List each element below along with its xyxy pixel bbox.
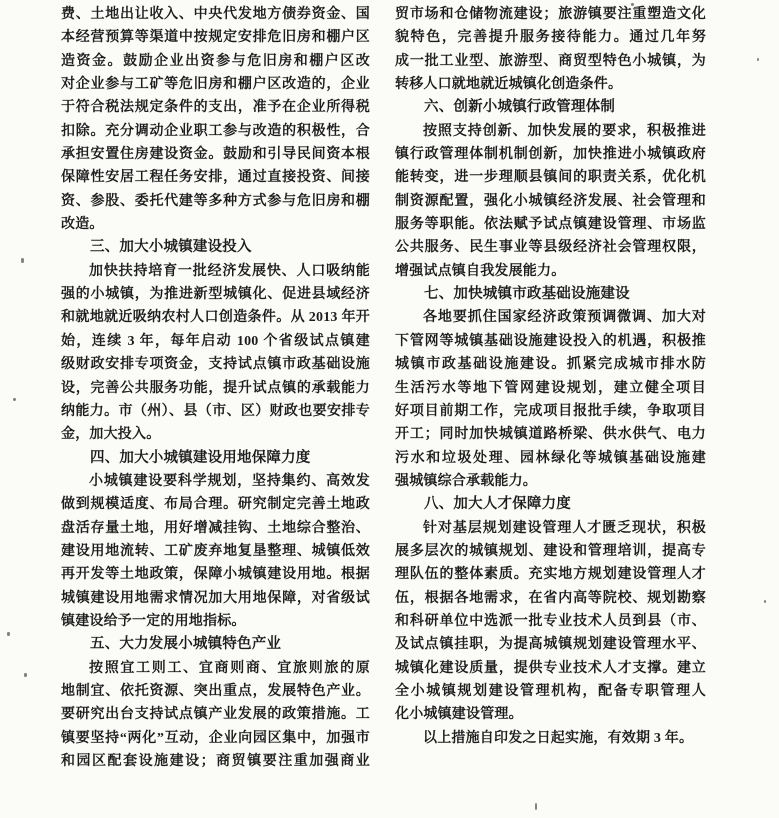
text-line: 要研究出台支持试点镇产业发展的政策措施。工业 — [61, 703, 370, 726]
text-line: 和科研单位中选派一批专业技术人员到县（市、区） — [395, 610, 706, 633]
section-heading: 五、大力发展小城镇特色产业 — [61, 633, 370, 656]
scan-artifact — [13, 398, 16, 401]
scan-artifact — [24, 673, 27, 677]
text-line: 镇行政管理体制机制创新，加快推进小城镇政府职 — [395, 143, 706, 166]
text-line: 镇建设给予一定的用地指标。 — [61, 610, 370, 633]
text-line: 镇要坚持“两化”互动，企业向园区集中，加强市政 — [61, 727, 370, 750]
text-line: 污水和垃圾处理、园林绿化等城镇基础设施建设，增 — [395, 447, 706, 470]
text-line: 资、参股、委托代建等多种方式参与危旧房和棚户区 — [61, 190, 370, 213]
text-line: 下管网等城镇基础设施建设投入的机遇，积极推进 — [395, 330, 706, 353]
text-line: 及试点镇挂职，为提高城镇规划建设管理水平、保证 — [395, 633, 706, 656]
text-line: 地制宜、依托资源、突出重点，发展特色产业。各地 — [61, 680, 370, 703]
text-line: 做到规模适度、布局合理。研究制定完善土地政策， — [61, 493, 370, 516]
text-line: 强的小城镇，为推进新型城镇化、促进县域经济发展 — [61, 283, 370, 306]
text-line: 成一批工业型、旅游型、商贸型特色小城镇，为农业 — [395, 50, 706, 73]
section-heading: 七、加快城镇市政基础设施建设 — [395, 283, 706, 306]
text-line: 增强试点镇自我发展能力。 — [395, 260, 706, 283]
text-line: 和就地就近吸纳农村人口创造条件。从 2013 年开 — [61, 306, 370, 329]
text-line: 伍，根据各地需求，在省内高等院校、规划勘察设计 — [395, 587, 706, 610]
text-line: 贸市场和仓储物流建设；旅游镇要注重塑造文化风 — [395, 3, 706, 26]
text-line: 生活污水等地下管网建设规划，建立健全项目库，搞 — [395, 377, 706, 400]
text-line: 造资金。鼓励企业出资参与危旧房和棚户区改造， — [61, 50, 370, 73]
text-line: 按照宜工则工、宜商则商、宜旅则旅的原则，因 — [61, 657, 370, 680]
text-line: 级财政安排专项资金，支持试点镇市政基础设施建 — [61, 353, 370, 376]
scan-artifact — [535, 803, 537, 810]
text-line: 金，加大投入。 — [61, 423, 370, 446]
text-line: 于符合税法规定条件的支出，准予在企业所得税前 — [61, 96, 370, 119]
scanned-document-page: 费、土地出让收入、中央代发地方债券资金、国有资本经营预算等渠道中按规定安排危旧房… — [0, 0, 779, 818]
text-line: 纳能力。市（州）、县（市、区）财政也要安排专项资 — [61, 400, 370, 423]
section-heading: 六、创新小城镇行政管理体制 — [395, 96, 706, 119]
scan-artifact — [757, 58, 759, 61]
text-line: 城镇化建设质量，提供专业技术人才支撑。建立健 — [395, 657, 706, 680]
text-line: 开工；同时加快城镇道路桥梁、供水供气、电力电讯、 — [395, 423, 706, 446]
text-line: 公共服务、民生事业等县级经济社会管理权限，不断 — [395, 236, 706, 259]
section-heading: 三、加大小城镇建设投入 — [61, 236, 370, 259]
text-line: 转移人口就地就近城镇化创造条件。 — [395, 73, 706, 96]
section-heading: 八、加大人才保障力度 — [395, 493, 706, 516]
text-line: 各地要抓住国家经济政策预调微调、加大对地 — [395, 306, 706, 329]
text-line: 承担安置住房建设资金。鼓励和引导民间资本根据 — [61, 143, 370, 166]
text-line: 费、土地出让收入、中央代发地方债券资金、国有资 — [61, 3, 370, 26]
text-line: 制资源配置，强化小城镇经济发展、社会管理和公共 — [395, 190, 706, 213]
left-text-column: 费、土地出让收入、中央代发地方债券资金、国有资本经营预算等渠道中按规定安排危旧房… — [61, 3, 370, 773]
scan-artifact — [764, 600, 766, 603]
text-line: 好项目前期工作，完成项目报批手续，争取项目早日 — [395, 400, 706, 423]
text-line: 始，连续 3 年，每年启动 100 个省级试点镇建设。省 — [61, 330, 370, 353]
text-line: 扣除。充分调动企业职工参与改造的积极性，合理 — [61, 120, 370, 143]
scan-artifact — [7, 632, 10, 636]
text-line: 建设用地流转、工矿废弃地复垦整理、城镇低效用地 — [61, 540, 370, 563]
text-line: 貌特色，完善提升服务接待能力。通过几年努力，形 — [395, 26, 706, 49]
text-line: 小城镇建设要科学规划，坚持集约、高效发展， — [61, 470, 370, 493]
text-line: 盘活存量土地，用好增减挂钩、土地综合整治、集体 — [61, 517, 370, 540]
text-line: 化小城镇建设管理。 — [395, 703, 706, 726]
text-line: 按照支持创新、加快发展的要求，积极推进小城 — [395, 120, 706, 143]
section-heading: 四、加大小城镇建设用地保障力度 — [61, 447, 370, 470]
text-line: 城镇市政基础设施建设。抓紧完成城市排水防涝、 — [395, 353, 706, 376]
text-line: 保障性安居工程任务安排，通过直接投资、间接投 — [61, 166, 370, 189]
text-line: 本经营预算等渠道中按规定安排危旧房和棚户区改 — [61, 26, 370, 49]
scan-artifact — [21, 258, 24, 263]
text-line: 加快扶持培育一批经济发展快、人口吸纳能力 — [61, 260, 370, 283]
text-line: 再开发等土地政策，保障小城镇建设用地。根据小 — [61, 563, 370, 586]
text-line: 和园区配套设施建设；商贸镇要注重加强商业街、集 — [61, 750, 370, 773]
text-line: 展多层次的城镇规划、建设和管理培训，提高专业管 — [395, 540, 706, 563]
text-line: 改造。 — [61, 213, 370, 236]
text-line: 对企业参与工矿等危旧房和棚户区改造的，企业用 — [61, 73, 370, 96]
text-line: 全小城镇规划建设管理机构，配备专职管理人员，强 — [395, 680, 706, 703]
text-line: 能转变，进一步理顺县镇间的职责关系，优化机构编 — [395, 166, 706, 189]
text-line: 服务等职能。依法赋予试点镇建设管理、市场监管、 — [395, 213, 706, 236]
text-line: 设，完善公共服务功能，提升试点镇的承载能力和吸 — [61, 377, 370, 400]
text-line: 理队伍的整体素质。充实地方规划建设管理人才队 — [395, 563, 706, 586]
text-line: 以上措施自印发之日起实施，有效期 3 年。 — [395, 727, 706, 750]
text-line: 城镇建设用地需求情况加大用地保障，对省级试点 — [61, 587, 370, 610]
scan-artifact — [631, 3, 634, 6]
text-line: 针对基层规划建设管理人才匮乏现状，积极开 — [395, 517, 706, 540]
right-text-column: 贸市场和仓储物流建设；旅游镇要注重塑造文化风貌特色，完善提升服务接待能力。通过几… — [395, 3, 706, 750]
text-line: 强城镇综合承载能力。 — [395, 470, 706, 493]
